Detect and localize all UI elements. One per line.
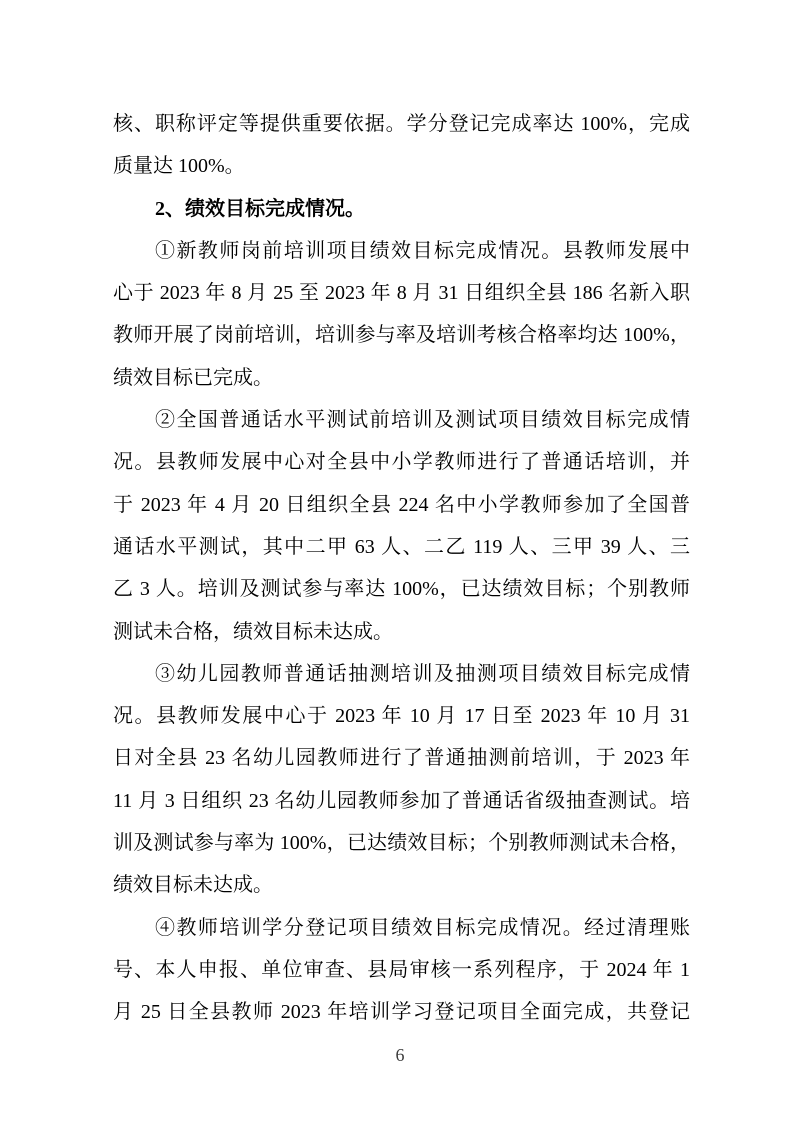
text-line: 乙 3 人。培训及测试参与率达 100%，已达绩效目标；个别教师 [113,568,690,610]
text-line: 月 25 日全县教师 2023 年培训学习登记项目全面完成，共登记 [113,991,690,1033]
text-line: 通话水平测试，其中二甲 63 人、二乙 119 人、三甲 39 人、三 [113,526,690,568]
text-line: 况。县教师发展中心于 2023 年 10 月 17 日至 2023 年 10 月… [113,695,690,737]
page-number: 6 [0,1043,800,1067]
text-line: 核、职称评定等提供重要依据。学分登记完成率达 100%，完成 [113,103,690,145]
text-line: 测试未合格，绩效目标未达成。 [113,611,690,653]
text-line: 况。县教师发展中心对全县中小学教师进行了普通话培训，并 [113,441,690,483]
text-line: 绩效目标已完成。 [113,357,690,399]
text-line: ①新教师岗前培训项目绩效目标完成情况。县教师发展中 [113,230,690,272]
section-heading: 2、绩效目标完成情况。 [113,188,690,230]
text-line: ④教师培训学分登记项目绩效目标完成情况。经过清理账 [113,907,690,949]
text-line: ③幼儿园教师普通话抽测培训及抽测项目绩效目标完成情 [113,653,690,695]
text-line: 日对全县 23 名幼儿园教师进行了普通抽测前培训，于 2023 年 [113,737,690,779]
text-line: 于 2023 年 4 月 20 日组织全县 224 名中小学教师参加了全国普 [113,484,690,526]
text-line: 11 月 3 日组织 23 名幼儿园教师参加了普通话省级抽查测试。培 [113,780,690,822]
document-body: 核、职称评定等提供重要依据。学分登记完成率达 100%，完成 质量达 100%。… [113,103,690,1034]
text-line: 质量达 100%。 [113,145,690,187]
text-line: 教师开展了岗前培训，培训参与率及培训考核合格率均达 100%， [113,314,690,356]
text-line: 号、本人申报、单位审查、县局审核一系列程序，于 2024 年 1 [113,949,690,991]
document-page: 核、职称评定等提供重要依据。学分登记完成率达 100%，完成 质量达 100%。… [0,0,800,1131]
text-line: 绩效目标未达成。 [113,864,690,906]
text-line: ②全国普通话水平测试前培训及测试项目绩效目标完成情 [113,399,690,441]
text-line: 心于 2023 年 8 月 25 至 2023 年 8 月 31 日组织全县 1… [113,272,690,314]
text-line: 训及测试参与率为 100%，已达绩效目标；个别教师测试未合格， [113,822,690,864]
